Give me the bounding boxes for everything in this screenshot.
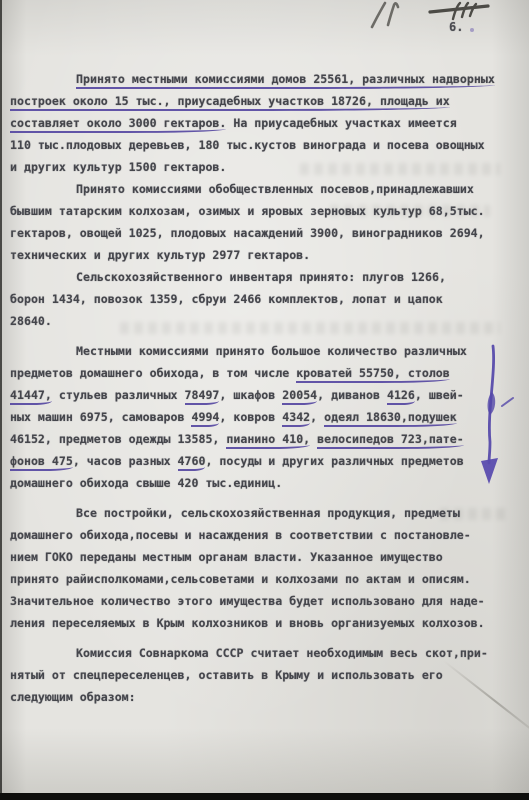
document-line: следующим образом:: [10, 686, 520, 708]
typewritten-text: Значительное количество этого имущества …: [10, 594, 485, 608]
ink-underlined-text: 78497: [185, 388, 220, 405]
document-line: построек около 15 тыс., приусадебных уча…: [10, 90, 520, 112]
typewritten-text: Сельскохозяйственного инвентаря принято:…: [76, 270, 446, 284]
scan-edge-bottom: [0, 793, 529, 800]
ink-underlined-text: 41447,: [10, 388, 52, 405]
typewritten-text: бывшим татарским колхозам, озимых и яров…: [10, 204, 485, 218]
document-line: ных машин 6975, самоваров 4994, ковров 4…: [10, 406, 520, 428]
typewritten-text: ных машин 6975, самоваров: [10, 410, 191, 424]
document-line: 41447, стульев различных 78497, шкафов 2…: [10, 384, 520, 406]
typewritten-text: и других культур 1500 гектаров.: [10, 160, 226, 174]
document-line: Принято местными комиссиями домов 25561,…: [10, 68, 520, 90]
scan-edge-left: [0, 0, 2, 800]
typewritten-text: гектаров, овощей 1025, плодовых насажден…: [10, 226, 485, 240]
typewritten-text: следующим образом:: [10, 690, 136, 704]
typewritten-text: 46152, предметов одежды 13585,: [10, 432, 226, 446]
page-number: 6.: [449, 20, 463, 34]
document-line: домашнего обихода,посевы и насаждения в …: [10, 524, 520, 546]
document-line: нием ГОКО переданы местным органам власт…: [10, 546, 520, 568]
typewritten-text: , шкафов: [219, 388, 282, 402]
typewritten-text: Все постройки, сельскохозяйственная прод…: [76, 506, 460, 520]
typewritten-text: борон 1434, повозок 1359, сбруи 2466 ком…: [10, 292, 443, 306]
typewritten-text: Местными комиссиями принято большое коли…: [76, 344, 467, 358]
typewritten-text: домашнего обихода,посевы и насаждения в …: [10, 528, 471, 542]
document-line: Сельскохозяйственного инвентаря принято:…: [10, 266, 520, 288]
typewritten-text: , часов разных: [73, 454, 178, 468]
typewritten-text: ления переселяемых в Крым колхозников и …: [10, 616, 485, 630]
typewritten-text: 110 тыс.плодовых деревьев, 180 тыс.кусто…: [10, 138, 485, 152]
document-line: 110 тыс.плодовых деревьев, 180 тыс.кусто…: [10, 134, 520, 156]
ink-underlined-text: одеял 18630,подушек: [324, 410, 457, 427]
typewritten-text: домашнего обихода свыше 420 тыс.единиц.: [10, 476, 282, 490]
typewritten-text: На приусадебных участках имеется: [226, 116, 456, 130]
typewritten-text: ,: [310, 410, 324, 424]
document-line: бывшим татарским колхозам, озимых и яров…: [10, 200, 520, 222]
typewritten-text: нятый от спецпереселенцев, оставить в Кр…: [10, 668, 443, 682]
document-text: Принято местными комиссиями домов 25561,…: [10, 68, 520, 708]
document-line: домашнего обихода свыше 420 тыс.единиц.: [10, 472, 520, 494]
document-line: принято райисполкомами,сельсоветами и ко…: [10, 568, 520, 590]
document-line: гектаров, овощей 1025, плодовых насажден…: [10, 222, 520, 244]
ink-underlined-text: Принято местными комиссиями домов 25561,…: [76, 72, 495, 89]
ink-underlined-text: составляет около 3000 гектаров.: [10, 116, 226, 133]
document-line: фонов 475, часов разных 4760, посуды и д…: [10, 450, 520, 472]
document-line: предметов домашнего обихода, в том числе…: [10, 362, 520, 384]
document-line: Принято комиссиями обобществленных посев…: [10, 178, 520, 200]
typewritten-text: , ковров: [219, 410, 282, 424]
document-line: 46152, предметов одежды 13585, пианино 4…: [10, 428, 520, 450]
ink-underlined-text: 4994: [191, 410, 219, 427]
document-line: и других культур 1500 гектаров.: [10, 156, 520, 178]
document-line: составляет около 3000 гектаров. На приус…: [10, 112, 520, 134]
document-line: Местными комиссиями принято большое коли…: [10, 340, 520, 362]
typewritten-text: Комиссия Совнаркома СССР считает необход…: [76, 646, 488, 660]
ink-underlined-text: 4126: [387, 388, 415, 405]
ink-underlined-text: 4342: [282, 410, 310, 427]
typewritten-text: принято райисполкомами,сельсоветами и ко…: [10, 572, 471, 586]
typewritten-text: стульев различных: [52, 388, 185, 402]
typewritten-text: нием ГОКО переданы местным органам власт…: [10, 550, 443, 564]
ink-underlined-text: кроватей 55750, столов: [296, 366, 450, 383]
document-line: борон 1434, повозок 1359, сбруи 2466 ком…: [10, 288, 520, 310]
ink-margin-arrow: [472, 342, 518, 494]
ink-underlined-text: велосипедов 723,пате-: [317, 432, 464, 449]
document-line: нятый от спецпереселенцев, оставить в Кр…: [10, 664, 520, 686]
typewritten-text: , швей-: [415, 388, 464, 402]
ink-underlined-text: пианино 410,: [226, 432, 310, 449]
typewritten-text: 28640.: [10, 314, 52, 328]
ink-underlined-text: 4760: [178, 454, 206, 471]
document-line: Все постройки, сельскохозяйственная прод…: [10, 502, 520, 524]
typewritten-text: предметов домашнего обихода, в том числе: [10, 366, 296, 380]
document-line: Значительное количество этого имущества …: [10, 590, 520, 612]
ink-dot: [470, 28, 474, 32]
pencil-scribble-mark: [356, 0, 522, 30]
typewritten-text: , диванов: [317, 388, 387, 402]
ink-underlined-text: фонов 475: [10, 454, 73, 471]
scanned-document-page: 6. Принято местными комиссиями домов 255…: [0, 0, 529, 800]
document-line: ления переселяемых в Крым колхозников и …: [10, 612, 520, 634]
ink-underlined-text: 20054: [282, 388, 317, 405]
ink-underlined-text: построек около 15 тыс., приусадебных уча…: [10, 94, 450, 111]
typewritten-text: технических и других культур 2977 гектар…: [10, 248, 310, 262]
typewritten-text: , посуды и других различных предметов: [205, 454, 463, 468]
typewritten-text: Принято комиссиями обобществленных посев…: [76, 182, 474, 196]
document-line: технических и других культур 2977 гектар…: [10, 244, 520, 266]
document-line: 28640.: [10, 310, 520, 332]
